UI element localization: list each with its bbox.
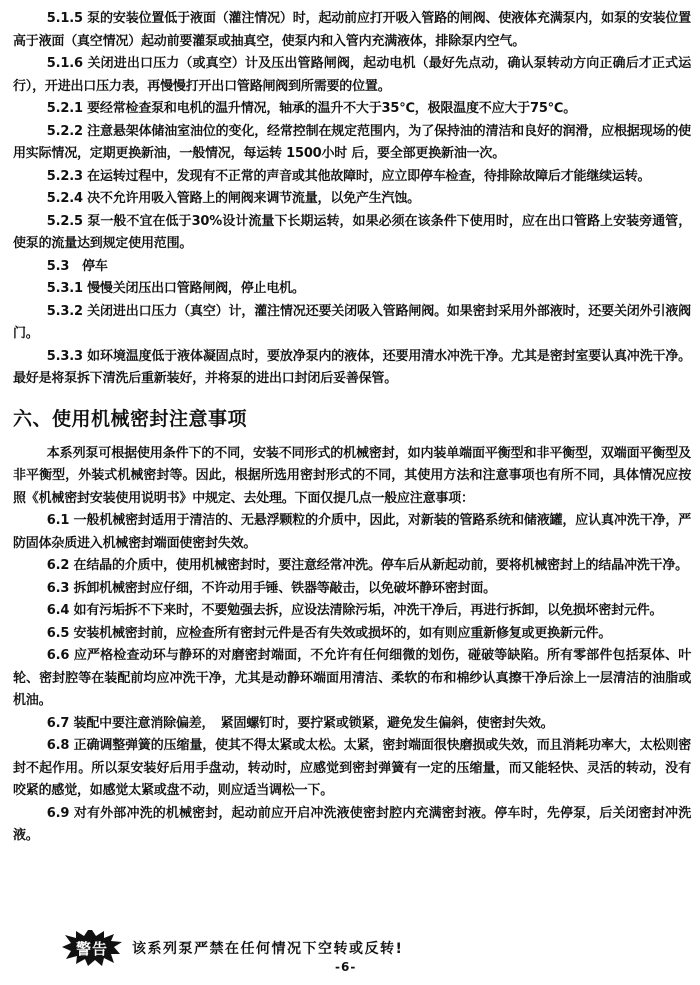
document-page: 5.1.5 泵的安装位置低于液面（灌注情况）时，起动前应打开吸入管路的闸阀、使液… (13, 8, 691, 848)
paragraph-5-3-2: 5.3.2 关闭进出口压力（真空）计，灌注情况还要关闭吸入管路闸阀。如果密封采用… (13, 301, 691, 346)
paragraph-5-1-5: 5.1.5 泵的安装位置低于液面（灌注情况）时，起动前应打开吸入管路的闸阀、使液… (13, 8, 691, 53)
paragraph-6-3: 6.3 拆卸机械密封应仔细，不许动用手锤、铁器等敲击，以免破坏静环密封面。 (13, 578, 691, 601)
section-6-heading: 六、使用机械密封注意事项 (13, 407, 691, 431)
paragraph-6-9: 6.9 对有外部冲洗的机械密封，起动前应开启冲洗液使密封腔内充满密封液。停车时，… (13, 803, 691, 848)
page-number: -6- (335, 960, 356, 974)
paragraph-5-1-6: 5.1.6 关闭进出口压力（或真空）计及压出管路闸阀，起动电机（最好先点动，确认… (13, 53, 691, 98)
paragraph-5-2-5: 5.2.5 泵一般不宜在低于30%设计流量下长期运转，如果必须在该条件下使用时，… (13, 211, 691, 256)
paragraph-6-7: 6.7 装配中要注意消除偏差， 紧固螺钉时，要拧紧或锁紧，避免发生偏斜，使密封失… (13, 713, 691, 736)
warning-text: 该系列泵严禁在任何情况下空转或反转! (132, 938, 403, 958)
warning-badge: 警告 (62, 930, 122, 966)
paragraph-5-2-2: 5.2.2 注意悬架体储油室油位的变化，经常控制在规定范围内，为了保持油的清洁和… (13, 121, 691, 166)
paragraph-6-2: 6.2 在结晶的介质中，使用机械密封时，要注意经常冲洗。停车后从新起动前，要将机… (13, 555, 691, 578)
paragraph-6-1: 6.1 一般机械密封适用于清洁的、无悬浮颗粒的介质中，因此，对新装的管路系统和储… (13, 510, 691, 555)
paragraph-6-6: 6.6 应严格检查动环与静环的对磨密封端面，不允许有任何细微的划伤，碰破等缺陷。… (13, 645, 691, 713)
paragraph-5-3-3: 5.3.3 如环境温度低于液体凝固点时，要放净泵内的液体，还要用清水冲洗干净。尤… (13, 346, 691, 391)
paragraph-5-2-3: 5.2.3 在运转过程中，发现有不正常的声音或其他故障时，应立即停车检查，待排除… (13, 166, 691, 189)
paragraph-5-3-1: 5.3.1 慢慢关闭压出口管路闸阀，停止电机。 (13, 278, 691, 301)
paragraph-6-intro: 本系列泵可根据使用条件下的不同，安装不同形式的机械密封，如内装单端面平衡型和非平… (13, 443, 691, 511)
warning-badge-label: 警告 (76, 938, 108, 959)
subheading-5-3: 5.3 停车 (13, 256, 691, 279)
paragraph-5-2-1: 5.2.1 要经常检查泵和电机的温升情况，轴承的温升不大于35℃，极限温度不应大… (13, 98, 691, 121)
paragraph-5-2-4: 5.2.4 决不允许用吸入管路上的闸阀来调节流量，以免产生汽蚀。 (13, 188, 691, 211)
paragraph-6-8: 6.8 正确调整弹簧的压缩量，使其不得太紧或太松。太紧，密封端面很快磨损或失效，… (13, 735, 691, 803)
paragraph-6-5: 6.5 安装机械密封前，应检查所有密封元件是否有失效或损坏的，如有则应重新修复或… (13, 623, 691, 646)
paragraph-6-4: 6.4 如有污垢拆不下来时，不要勉强去拆，应设法清除污垢，冲洗干净后，再进行拆卸… (13, 600, 691, 623)
